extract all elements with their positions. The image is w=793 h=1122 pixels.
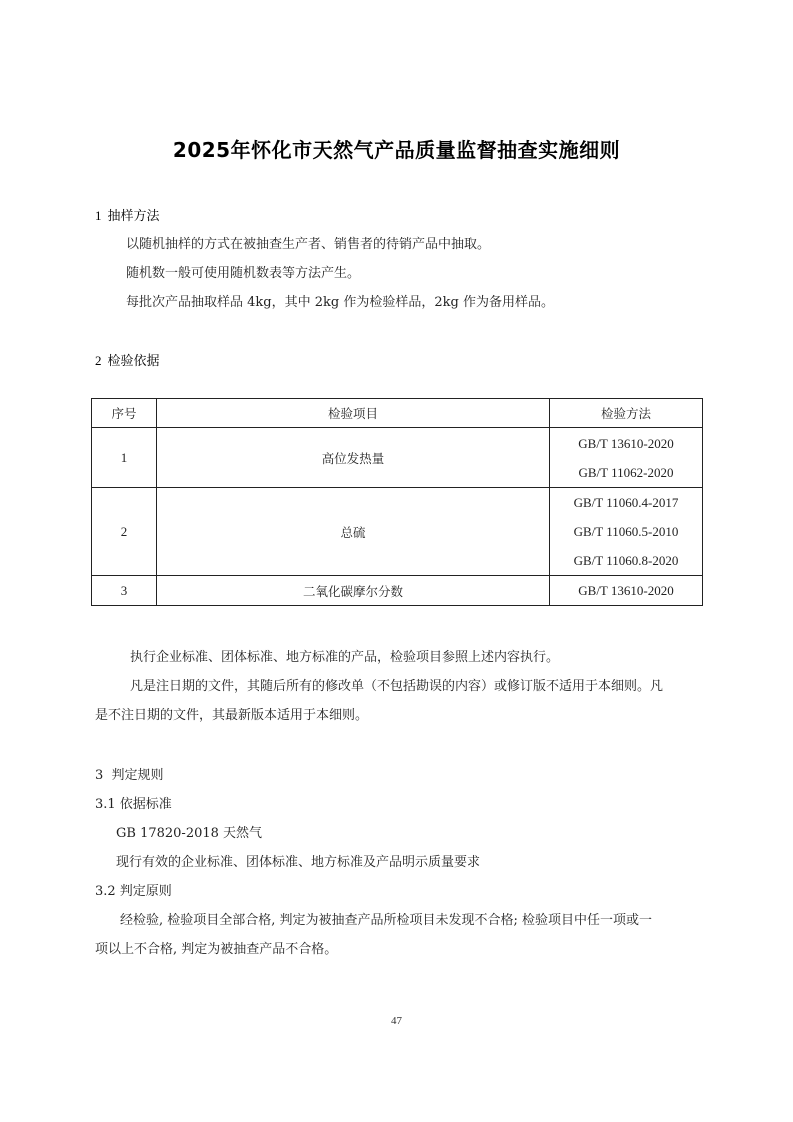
inspection-table: 序号 检验项目 检验方法 1 高位发热量 GB/T 13610-2020 GB/…: [91, 398, 703, 606]
method-entry: GB/T 13610-2020: [550, 429, 702, 458]
note-paragraph-1: 执行企业标准、团体标准、地方标准的产品，检验项目参照上述内容执行。: [130, 646, 559, 665]
section-1-number: 1: [95, 208, 102, 223]
row-inspection-item: 总硫: [157, 488, 550, 576]
row-inspection-methods: GB/T 13610-2020 GB/T 11062-2020: [550, 428, 703, 488]
note-paragraph-2-line-1: 凡是注日期的文件，其随后所有的修改单（不包括勘误的内容）或修订版不适用于本细则。…: [130, 675, 663, 694]
section-1-title: 抽样方法: [108, 209, 160, 224]
page-number: 47: [0, 1015, 793, 1027]
method-entry: GB/T 11062-2020: [550, 458, 702, 487]
method-entry: GB/T 13610-2020: [550, 576, 702, 605]
table-header-row: 序号 检验项目 检验方法: [92, 399, 703, 428]
row-serial-no: 1: [92, 428, 157, 488]
section-3-title: 判定规则: [112, 768, 164, 783]
section-2-number: 2: [95, 353, 102, 368]
sampling-paragraph-1: 以随机抽样的方式在被抽查生产者、销售者的待销产品中抽取。: [126, 233, 490, 252]
row-inspection-item: 高位发热量: [157, 428, 550, 488]
header-serial-no: 序号: [92, 399, 157, 428]
sampling-paragraph-3: 每批次产品抽取样品 4kg，其中 2kg 作为检验样品，2kg 作为备用样品。: [126, 291, 554, 310]
section-2-heading: 2检验依据: [95, 350, 160, 369]
row-inspection-methods: GB/T 13610-2020: [550, 576, 703, 606]
row-serial-no: 2: [92, 488, 157, 576]
header-inspection-item: 检验项目: [157, 399, 550, 428]
method-entry: GB/T 11060.8-2020: [550, 546, 702, 575]
sampling-paragraph-2: 随机数一般可使用随机数表等方法产生。: [126, 262, 360, 281]
judgement-line-2: 项以上不合格, 判定为被抽查产品不合格。: [95, 938, 337, 957]
note-paragraph-2-line-2: 是不注日期的文件，其最新版本适用于本细则。: [95, 704, 368, 723]
row-serial-no: 3: [92, 576, 157, 606]
document-title: 2025年怀化市天然气产品质量监督抽查实施细则: [0, 134, 793, 163]
table-row: 3 二氧化碳摩尔分数 GB/T 13610-2020: [92, 576, 703, 606]
row-inspection-methods: GB/T 11060.4-2017 GB/T 11060.5-2010 GB/T…: [550, 488, 703, 576]
section-3-number: 3: [95, 768, 103, 783]
section-2-title: 检验依据: [108, 354, 160, 369]
subsection-3-1-heading: 3.1 依据标准: [95, 793, 172, 812]
table-row: 2 总硫 GB/T 11060.4-2017 GB/T 11060.5-2010…: [92, 488, 703, 576]
standard-item-1: GB 17820-2018 天然气: [116, 822, 262, 841]
row-inspection-item: 二氧化碳摩尔分数: [157, 576, 550, 606]
judgement-line-1: 经检验, 检验项目全部合格, 判定为被抽查产品所检项目未发现不合格; 检验项目中…: [120, 909, 652, 928]
section-3-heading: 3 判定规则: [95, 764, 164, 783]
section-1-heading: 1抽样方法: [95, 205, 160, 224]
method-entry: GB/T 11060.5-2010: [550, 517, 702, 546]
standard-item-2: 现行有效的企业标准、团体标准、地方标准及产品明示质量要求: [116, 851, 480, 870]
method-entry: GB/T 11060.4-2017: [550, 488, 702, 517]
header-inspection-method: 检验方法: [550, 399, 703, 428]
subsection-3-2-heading: 3.2 判定原则: [95, 880, 172, 899]
table-row: 1 高位发热量 GB/T 13610-2020 GB/T 11062-2020: [92, 428, 703, 488]
